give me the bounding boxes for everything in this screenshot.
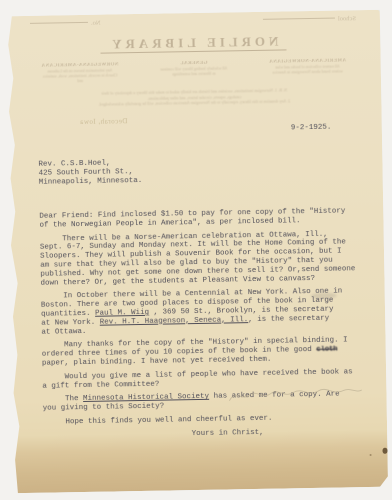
letterhead-column: AMERICANA-NORWEGIANAAll earnest collecti…	[256, 58, 359, 80]
letterhead-columns: AMERICANA-NORWEGIANAAll earnest collecti…	[7, 58, 381, 85]
school-blank-field: School	[263, 15, 356, 24]
letter-paragraph: Many thanks for the copy of the "History…	[42, 336, 370, 368]
blank-rule	[263, 18, 335, 20]
typed-letter: 9-2-1925. Rev. C.S.B.Hoel, 425 South Fou…	[38, 105, 372, 464]
letterhead-bleedthrough: School No. NORLIE LIBRARY AMERICANA-NORW…	[6, 15, 381, 109]
letterhead-column: GENERALAll scholarly leading library wil…	[143, 60, 246, 82]
number-blank-field: No.	[30, 20, 101, 28]
letterhead-column-line: as libraries and somethings	[143, 70, 245, 77]
number-label: No.	[91, 20, 101, 27]
paper-speck	[370, 454, 372, 456]
letter-text: Yours in Christ,	[43, 429, 264, 441]
letterhead-column-line: writers found about Norwegians in Americ…	[257, 68, 359, 75]
letter-text: Hope this finds you well and cheerful as…	[43, 415, 273, 427]
letterhead-column: NORWEGIANA-AMERICANAAny information know…	[29, 62, 132, 84]
letter-text: There will be a Norse-American celebrati…	[40, 230, 356, 287]
underlined-text: Paul M. Wiig	[95, 309, 149, 318]
letter-paper: School No. NORLIE LIBRARY AMERICANA-NORW…	[6, 10, 388, 493]
struck-out-word: cloth	[316, 346, 337, 354]
school-label: School	[338, 15, 356, 22]
letterhead-column-line: and	[29, 77, 131, 84]
letter-text: Dear Friend: Find inclosed $1.50 to pay …	[39, 207, 345, 229]
letter-paragraph: Dear Friend: Find inclosed $1.50 to pay …	[39, 207, 367, 230]
blank-rule	[30, 22, 88, 24]
paper-speck	[382, 448, 387, 454]
letter-paragraph: Hope this finds you well and cheerful as…	[43, 413, 371, 428]
letter-text: The	[42, 395, 83, 404]
letterhead-title: NORLIE LIBRARY	[6, 31, 380, 56]
letter-date: 9-2-1925.	[291, 123, 366, 133]
recipient-address: Rev. C.S.B.Hoel, 425 South Fourth St., M…	[38, 155, 366, 187]
letterhead-top-row: School No.	[6, 15, 380, 29]
underlined-text: Minnesota Historical Society	[83, 393, 209, 403]
letter-text: Many thanks for the copy of the "History…	[42, 337, 348, 359]
underlined-text: Rev. H.T. Haagenson, Seneca, Ill.	[100, 316, 249, 327]
signature-handwriting	[225, 380, 365, 408]
letter-paragraph: There will be a Norse-American celebrati…	[40, 230, 369, 288]
letter-paragraph: Yours in Christ,	[43, 427, 371, 442]
